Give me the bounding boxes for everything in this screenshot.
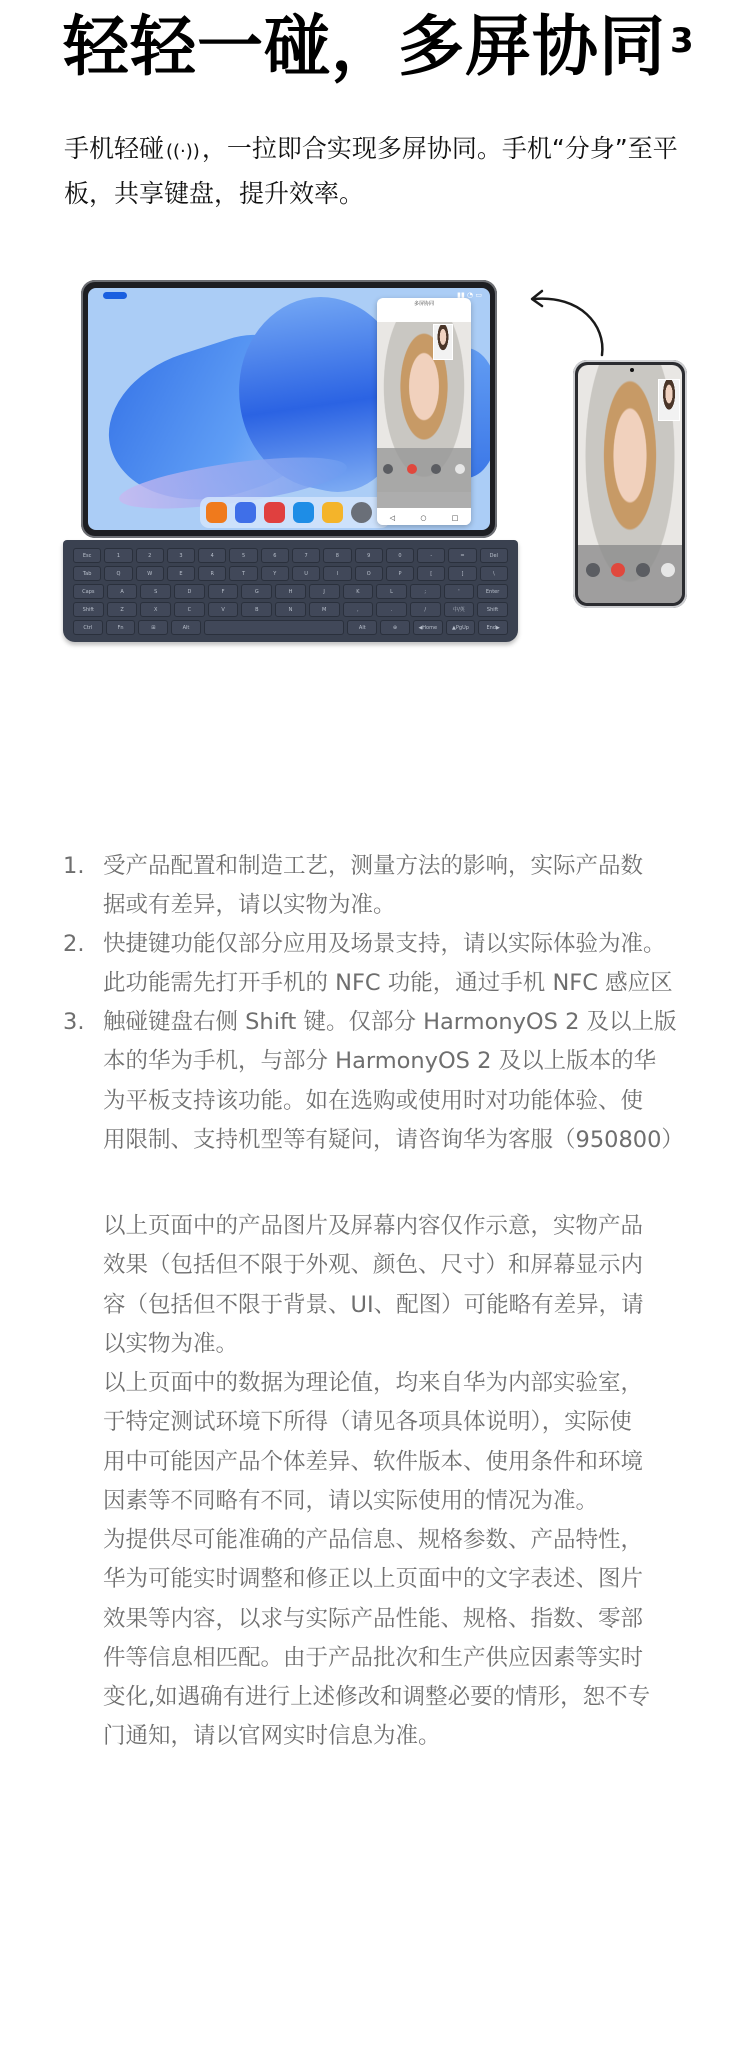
keyboard-key: Enter: [477, 584, 508, 599]
disclaimer-line: 效果等内容，以求与实际产品性能、规格、指数、零部: [103, 1600, 683, 1639]
self-view-pip: [433, 324, 453, 360]
keyboard-key: M: [309, 602, 340, 617]
disclaimer-line: 容（包括但不限于背景、UI、配图）可能略有差异，请: [103, 1286, 683, 1325]
keyboard-key: L: [376, 584, 407, 599]
keyboard-key: =: [448, 548, 476, 563]
keyboard-key: I: [323, 566, 351, 581]
keyboard-key: U: [292, 566, 320, 581]
keyboard-row-5: CtrlFn⊞Alt Alt⊕◀Home▲PgUpEnd▶: [73, 620, 508, 635]
footnote-line: 触碰键盘右侧 Shift 键。仅部分 HarmonyOS 2 及以上版: [103, 1003, 683, 1042]
call-controls: [578, 545, 682, 603]
footnote-line: 为平板支持该功能。如在选购或使用时对功能体验、使: [103, 1082, 683, 1121]
keyboard-key: J: [309, 584, 340, 599]
keyboard-key: ': [444, 584, 475, 599]
disclaimer-line: 门通知，请以官网实时信息为准。: [103, 1717, 683, 1756]
keyboard-key: G: [241, 584, 272, 599]
keyboard-key: ]: [448, 566, 476, 581]
keyboard-row-1: Esc1234567890-=Del: [73, 548, 508, 563]
gallery-app-icon: [322, 502, 343, 523]
keyboard-key: B: [241, 602, 272, 617]
keyboard-key: K: [343, 584, 374, 599]
footnote-number: 3.: [63, 1003, 99, 1042]
keyboard-key: A: [107, 584, 138, 599]
multi-screen-collaboration-icon: [103, 292, 127, 299]
keyboard-row-4: ShiftZXCVBNM,./中/英Shift: [73, 602, 508, 617]
tablet-screen: ▮▮ ◔ ▭ 多屏协同: [88, 288, 490, 530]
keyboard-key: P: [386, 566, 414, 581]
speaker-icon: [455, 464, 465, 474]
disclaimer-line: 因素等不同略有不同，请以实际使用的情况为准。: [103, 1482, 683, 1521]
keyboard-key: Ctrl: [73, 620, 103, 635]
speaker-icon: [661, 563, 675, 577]
navigation-bar: ◁ ○ □: [377, 510, 471, 525]
keyboard-key: .: [376, 602, 407, 617]
disclaimer-line: 变化,如遇确有进行上述修改和调整必要的情形，恕不专: [103, 1678, 683, 1717]
keyboard-key: X: [140, 602, 171, 617]
disclaimer-line: 为提供尽可能准确的产品信息、规格参数、产品特性，: [103, 1521, 683, 1560]
keyboard-key: Z: [107, 602, 138, 617]
app-dock: [200, 497, 390, 528]
keyboard-key: 3: [167, 548, 195, 563]
self-view-pip: [658, 379, 680, 421]
keyboard-cover: Esc1234567890-=Del TabQWERTYUIOP[]\ Caps…: [63, 540, 518, 642]
keyboard-key: 1: [104, 548, 132, 563]
keyboard-key: F: [208, 584, 239, 599]
hang-up-icon: [611, 563, 625, 577]
keyboard-key: 6: [261, 548, 289, 563]
keyboard-key: /: [410, 602, 441, 617]
switch-camera-icon: [636, 563, 650, 577]
footnote-line: 快捷键功能仅部分应用及场景支持，请以实际体验为准。: [103, 925, 683, 964]
keyboard-key: C: [174, 602, 205, 617]
disclaimer-line: 于特定测试环境下所得（请见各项具体说明），实际使: [103, 1403, 683, 1442]
music-app-icon: [235, 502, 256, 523]
keyboard-key: H: [275, 584, 306, 599]
keyboard-key: Alt: [171, 620, 201, 635]
video-app-icon: [206, 502, 227, 523]
footnote-3: 3. 触碰键盘右侧 Shift 键。仅部分 HarmonyOS 2 及以上版 本…: [63, 1003, 683, 1160]
keyboard-key: V: [208, 602, 239, 617]
keyboard-row-3: CapsASDFGHJKL;'Enter: [73, 584, 508, 599]
floating-window-titlebar: 多屏协同: [377, 298, 471, 310]
books-app-icon: [264, 502, 285, 523]
footnote-line: 受产品配置和制造工艺，测量方法的影响，实际产品数: [103, 847, 683, 886]
hang-up-icon: [407, 464, 417, 474]
keyboard-key: S: [140, 584, 171, 599]
mute-icon: [383, 464, 393, 474]
keyboard-key: W: [136, 566, 164, 581]
recents-icon: □: [452, 514, 459, 522]
footnote-line: 用限制、支持机型等有疑问，请咨询华为客服（950800）: [103, 1121, 683, 1160]
curved-arrow-icon: [520, 285, 610, 360]
disclaimer-line: 件等信息相匹配。由于产品批次和生产供应因素等实时: [103, 1639, 683, 1678]
mute-icon: [586, 563, 600, 577]
keyboard-key: 5: [229, 548, 257, 563]
keyboard-key: Shift: [477, 602, 508, 617]
keyboard-key: ;: [410, 584, 441, 599]
settings-app-icon: [351, 502, 372, 523]
keyboard-key: Del: [480, 548, 508, 563]
disclaimer-line: 用中可能因产品个体差异、软件版本、使用条件和环境: [103, 1443, 683, 1482]
keyboard-key: ⊕: [380, 620, 410, 635]
keyboard-key: 2: [136, 548, 164, 563]
keyboard-key: D: [174, 584, 205, 599]
footnote-number: 1.: [63, 847, 99, 886]
disclaimer-image-notice: 以上页面中的产品图片及屏幕内容仅作示意，实物产品 效果（包括但不限于外观、颜色、…: [103, 1207, 683, 1364]
keyboard-key: ⊞: [138, 620, 168, 635]
keyboard-key: ,: [343, 602, 374, 617]
keyboard-key: 7: [292, 548, 320, 563]
keyboard-key: Esc: [73, 548, 101, 563]
disclaimer-line: 华为可能实时调整和修正以上页面中的文字表述、图片: [103, 1560, 683, 1599]
footnote-line: 此功能需先打开手机的 NFC 功能，通过手机 NFC 感应区: [103, 964, 683, 1003]
keyboard-key: 4: [198, 548, 226, 563]
hero-illustration: Esc1234567890-=Del TabQWERTYUIOP[]\ Caps…: [0, 0, 750, 660]
keyboard-key: -: [417, 548, 445, 563]
keyboard-key: ▲PgUp: [446, 620, 476, 635]
keyboard-key: 0: [386, 548, 414, 563]
keyboard-key: Caps: [73, 584, 104, 599]
keyboard-key: 8: [323, 548, 351, 563]
footnote-1: 1. 受产品配置和制造工艺，测量方法的影响，实际产品数 据或有差异，请以实物为准…: [63, 847, 683, 926]
keyboard-key: \: [480, 566, 508, 581]
keyboard-key: Fn: [106, 620, 136, 635]
disclaimer-line: 效果（包括但不限于外观、颜色、尺寸）和屏幕显示内: [103, 1246, 683, 1285]
keyboard-key: [204, 620, 345, 635]
keyboard-key: ◀Home: [413, 620, 443, 635]
home-icon: ○: [420, 514, 426, 522]
disclaimer-line: 以上页面中的产品图片及屏幕内容仅作示意，实物产品: [103, 1207, 683, 1246]
disclaimer-line: 以实物为准。: [103, 1325, 683, 1364]
floating-window-title: 多屏协同: [414, 301, 434, 307]
keyboard-key: Q: [104, 566, 132, 581]
footnote-2: 2. 快捷键功能仅部分应用及场景支持，请以实际体验为准。 此功能需先打开手机的 …: [63, 925, 683, 1004]
call-controls: [377, 448, 471, 508]
keyboard-key: 中/英: [444, 602, 475, 617]
footnote-line: 本的华为手机，与部分 HarmonyOS 2 及以上版本的华: [103, 1042, 683, 1081]
disclaimer-data-notice: 以上页面中的数据为理论值，均来自华为内部实验室， 于特定测试环境下所得（请见各项…: [103, 1364, 683, 1521]
footnote-number: 2.: [63, 925, 99, 964]
keyboard-key: O: [355, 566, 383, 581]
disclaimer-update-notice: 为提供尽可能准确的产品信息、规格参数、产品特性， 华为可能实时调整和修正以上页面…: [103, 1521, 683, 1757]
front-camera: [630, 368, 634, 372]
phone-device: [573, 360, 687, 608]
keyboard-key: 9: [355, 548, 383, 563]
keyboard-key: Shift: [73, 602, 104, 617]
keyboard-key: Y: [261, 566, 289, 581]
keyboard-row-2: TabQWERTYUIOP[]\: [73, 566, 508, 581]
keyboard-key: End▶: [478, 620, 508, 635]
keyboard-key: E: [167, 566, 195, 581]
switch-camera-icon: [431, 464, 441, 474]
keyboard-key: [: [417, 566, 445, 581]
keyboard-key: Alt: [347, 620, 377, 635]
keyboard-key: R: [198, 566, 226, 581]
phone-screen: [578, 365, 682, 603]
floating-phone-window: 多屏协同 ◁ ○ □: [377, 298, 471, 525]
keyboard-key: T: [229, 566, 257, 581]
keyboard-key: N: [275, 602, 306, 617]
disclaimer-line: 以上页面中的数据为理论值，均来自华为内部实验室，: [103, 1364, 683, 1403]
keyboard-key: Tab: [73, 566, 101, 581]
back-icon: ◁: [390, 514, 395, 522]
email-app-icon: [293, 502, 314, 523]
tablet-device: ▮▮ ◔ ▭ 多屏协同: [81, 280, 497, 538]
footnote-line: 据或有差异，请以实物为准。: [103, 886, 683, 925]
